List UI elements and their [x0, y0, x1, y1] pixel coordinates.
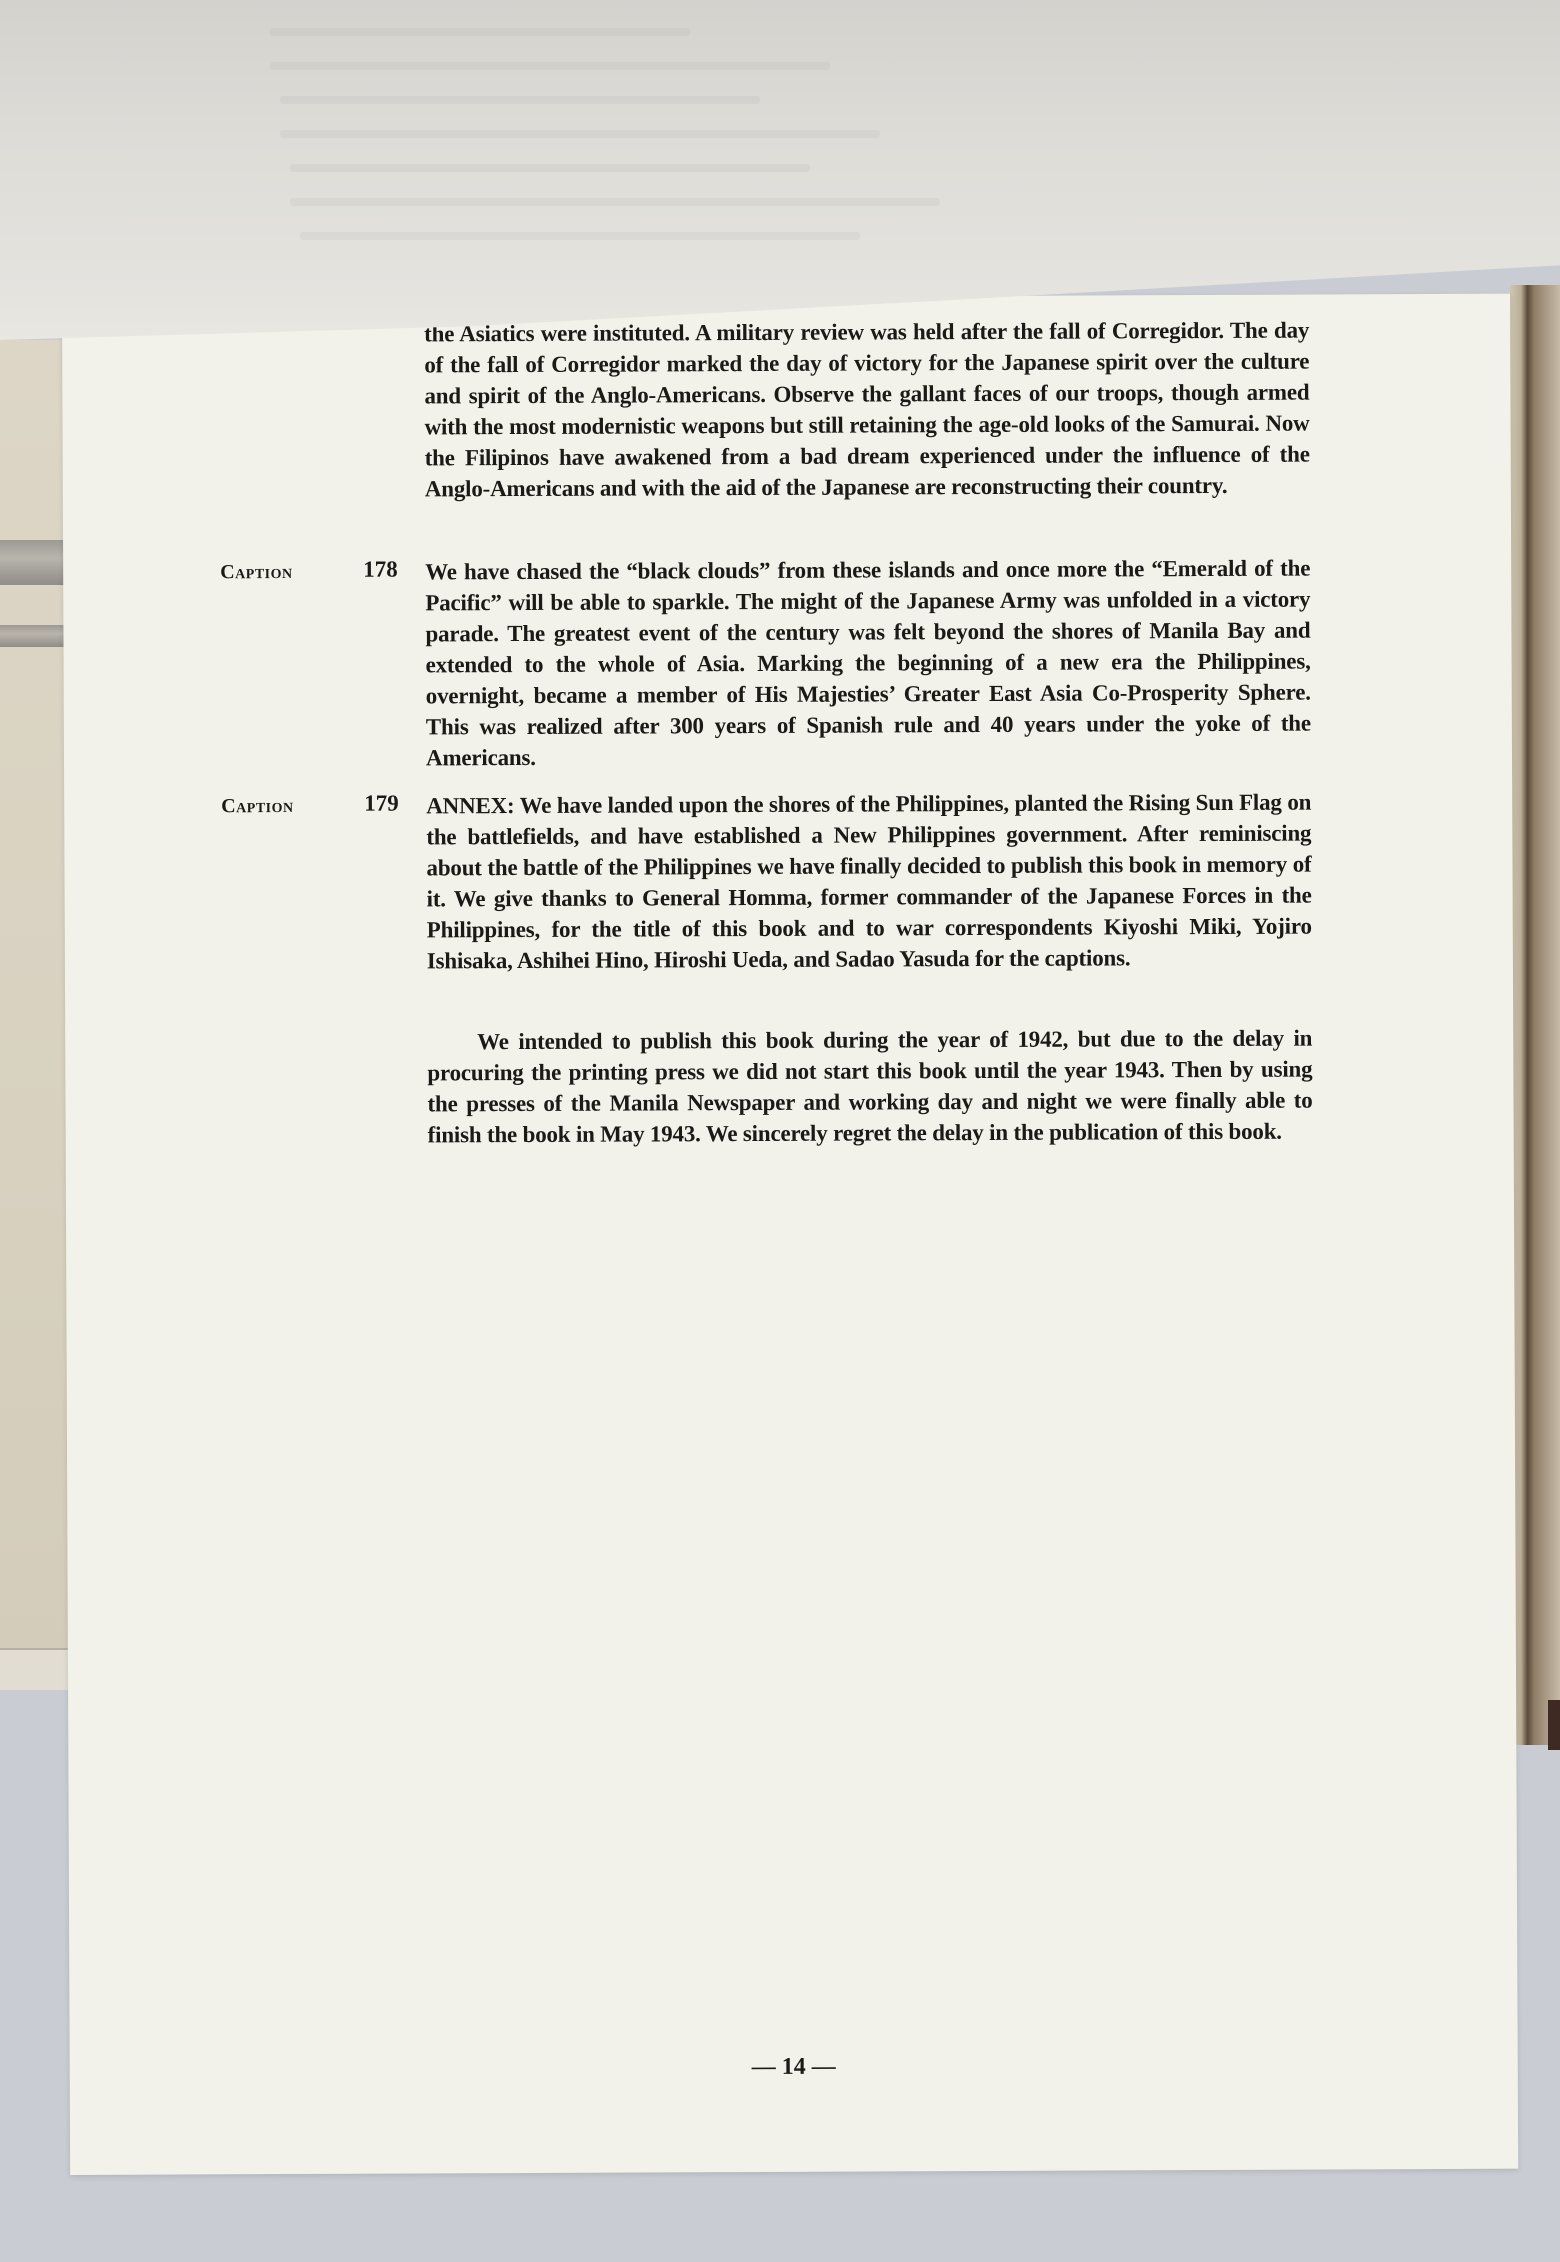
caption-number-179: 179 [364, 791, 399, 817]
caption-text-178: We have chased the “black clouds” from t… [425, 553, 1311, 774]
bleed-through-text [300, 232, 860, 240]
bleed-through-text [270, 62, 830, 70]
bleed-through-text [280, 96, 760, 104]
caption-text-179: ANNEX: We have landed upon the shores of… [426, 787, 1312, 977]
caption-label-179: Caption [221, 795, 294, 818]
closing-paragraph: We intended to publish this book during … [427, 1023, 1313, 1151]
continued-paragraph: the Asiatics were instituted. A military… [424, 315, 1310, 505]
caption-label-178: Caption [220, 561, 293, 584]
bleed-through-text [290, 198, 940, 206]
page-number: — 14 — [70, 2051, 1518, 2084]
bleed-through-text [280, 130, 880, 138]
book-binding-spine [1510, 285, 1560, 1745]
book-binding-corner [1548, 1700, 1560, 1750]
bleed-through-text [290, 164, 810, 172]
underlying-book-edge [0, 1648, 75, 1690]
caption-number-178: 178 [363, 557, 398, 583]
turned-over-page [0, 0, 1560, 340]
bleed-through-text [270, 28, 690, 36]
document-page: the Asiatics were instituted. A military… [62, 294, 1518, 2175]
